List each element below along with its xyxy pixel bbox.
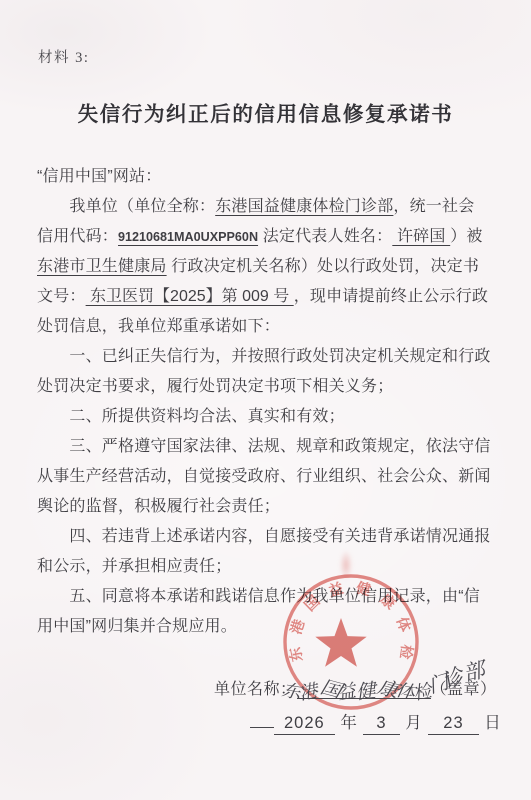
date-year-label: 年 — [340, 714, 358, 732]
seal-star-icon — [315, 618, 366, 667]
text-segment: 一、已纠正失信行为，并按照行政处罚决定机关规定和行政 处罚决定书要求，履行处罚决… — [37, 348, 491, 395]
underlined-field: 许碎国 — [392, 228, 450, 245]
body-paragraph: 五、同意将本承诺和践诺信息作为我单位信用记录，由“信 用中国”网归集并合规应用。 — [37, 582, 499, 642]
text-segment: 我单位（单位全称： — [37, 198, 215, 215]
text-segment: 三、严格遵守国家法律、法规、规章和政策规定，依法守信 从事生产经营活动，自觉接受… — [37, 438, 491, 515]
date-year-value: 2026 — [274, 712, 335, 735]
body-paragraph: “信用中国”网站： — [37, 162, 499, 192]
body-paragraph: 二、所提供资料均合法、真实和有效； — [37, 402, 499, 432]
text-segment: ）被 — [450, 228, 482, 245]
body-paragraph: 四、若违背上述承诺内容，自愿接受有关违背承诺情况通报 和公示，并承担相应责任； — [37, 522, 499, 582]
handwritten-signature: 东港国益健康体检门诊部 — [281, 676, 491, 703]
text-segment: “信用中国”网站： — [37, 168, 161, 185]
date-day-label: 日 — [484, 714, 502, 732]
document-title: 失信行为纠正后的信用信息修复承诺书 — [0, 97, 531, 127]
underlined-field: 东港国益健康体检门诊部 — [215, 198, 393, 215]
date-month-label: 月 — [405, 714, 423, 732]
date-day-value: 23 — [428, 712, 478, 735]
text-segment: 法定代表人姓名： — [258, 228, 392, 245]
document-body: “信用中国”网站： 我单位（单位全称：东港国益健康体检门诊部，统一社会 信用代码… — [37, 162, 499, 642]
signature-underline: 东港国益健康体检门诊部 — [297, 678, 431, 699]
text-segment: 四、若违背上述承诺内容，自愿接受有关违背承诺情况通报 和公示，并承担相应责任； — [37, 528, 491, 575]
text-segment: 二、所提供资料均合法、真实和有效； — [37, 408, 345, 425]
body-paragraph: 一、已纠正失信行为，并按照行政处罚决定机关规定和行政 处罚决定书要求，履行处罚决… — [37, 342, 499, 402]
material-label: 材料 3: — [38, 46, 89, 67]
underlined-field: 91210681MA0UXPP60N — [118, 230, 258, 244]
body-paragraph: 三、严格遵守国家法律、法规、规章和政策规定，依法守信 从事生产经营活动，自觉接受… — [37, 432, 499, 522]
date-blank-underline — [250, 727, 274, 728]
scanned-document-page: { "colors": { "paper": "#f8f4f5", "ink":… — [0, 0, 531, 800]
underlined-field: 东港市卫生健康局 — [37, 258, 167, 275]
date-line: 2026 年 3 月 23 日 — [250, 709, 502, 735]
body-paragraph: 我单位（单位全称：东港国益健康体检门诊部，统一社会 信用代码：91210681M… — [37, 192, 499, 342]
underlined-field: 东卫医罚【2025】第 009 号 — [86, 288, 294, 305]
signature-char: 健 — [354, 675, 377, 705]
date-month-value: 3 — [363, 712, 399, 735]
signature-line: 单位名称：东港国益健康体检门诊部（盖章） — [214, 676, 497, 699]
